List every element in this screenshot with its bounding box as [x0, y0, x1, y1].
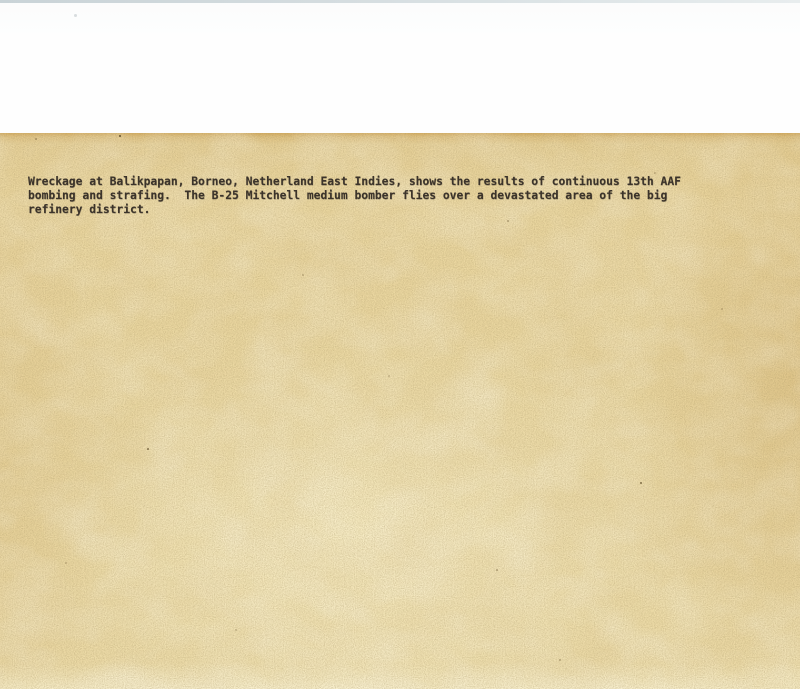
caption-line-3: refinery district.: [28, 203, 681, 217]
dust-speck: [74, 14, 77, 17]
scanner-edge-line: [0, 0, 800, 3]
caption-line-2: bombing and strafing. The B-25 Mitchell …: [28, 189, 681, 203]
caption-line-1: Wreckage at Balikpapan, Borneo, Netherla…: [28, 175, 681, 189]
caption-card: Wreckage at Balikpapan, Borneo, Netherla…: [0, 133, 800, 689]
caption-text: Wreckage at Balikpapan, Borneo, Netherla…: [28, 175, 681, 217]
scanned-page: Wreckage at Balikpapan, Borneo, Netherla…: [0, 0, 800, 689]
